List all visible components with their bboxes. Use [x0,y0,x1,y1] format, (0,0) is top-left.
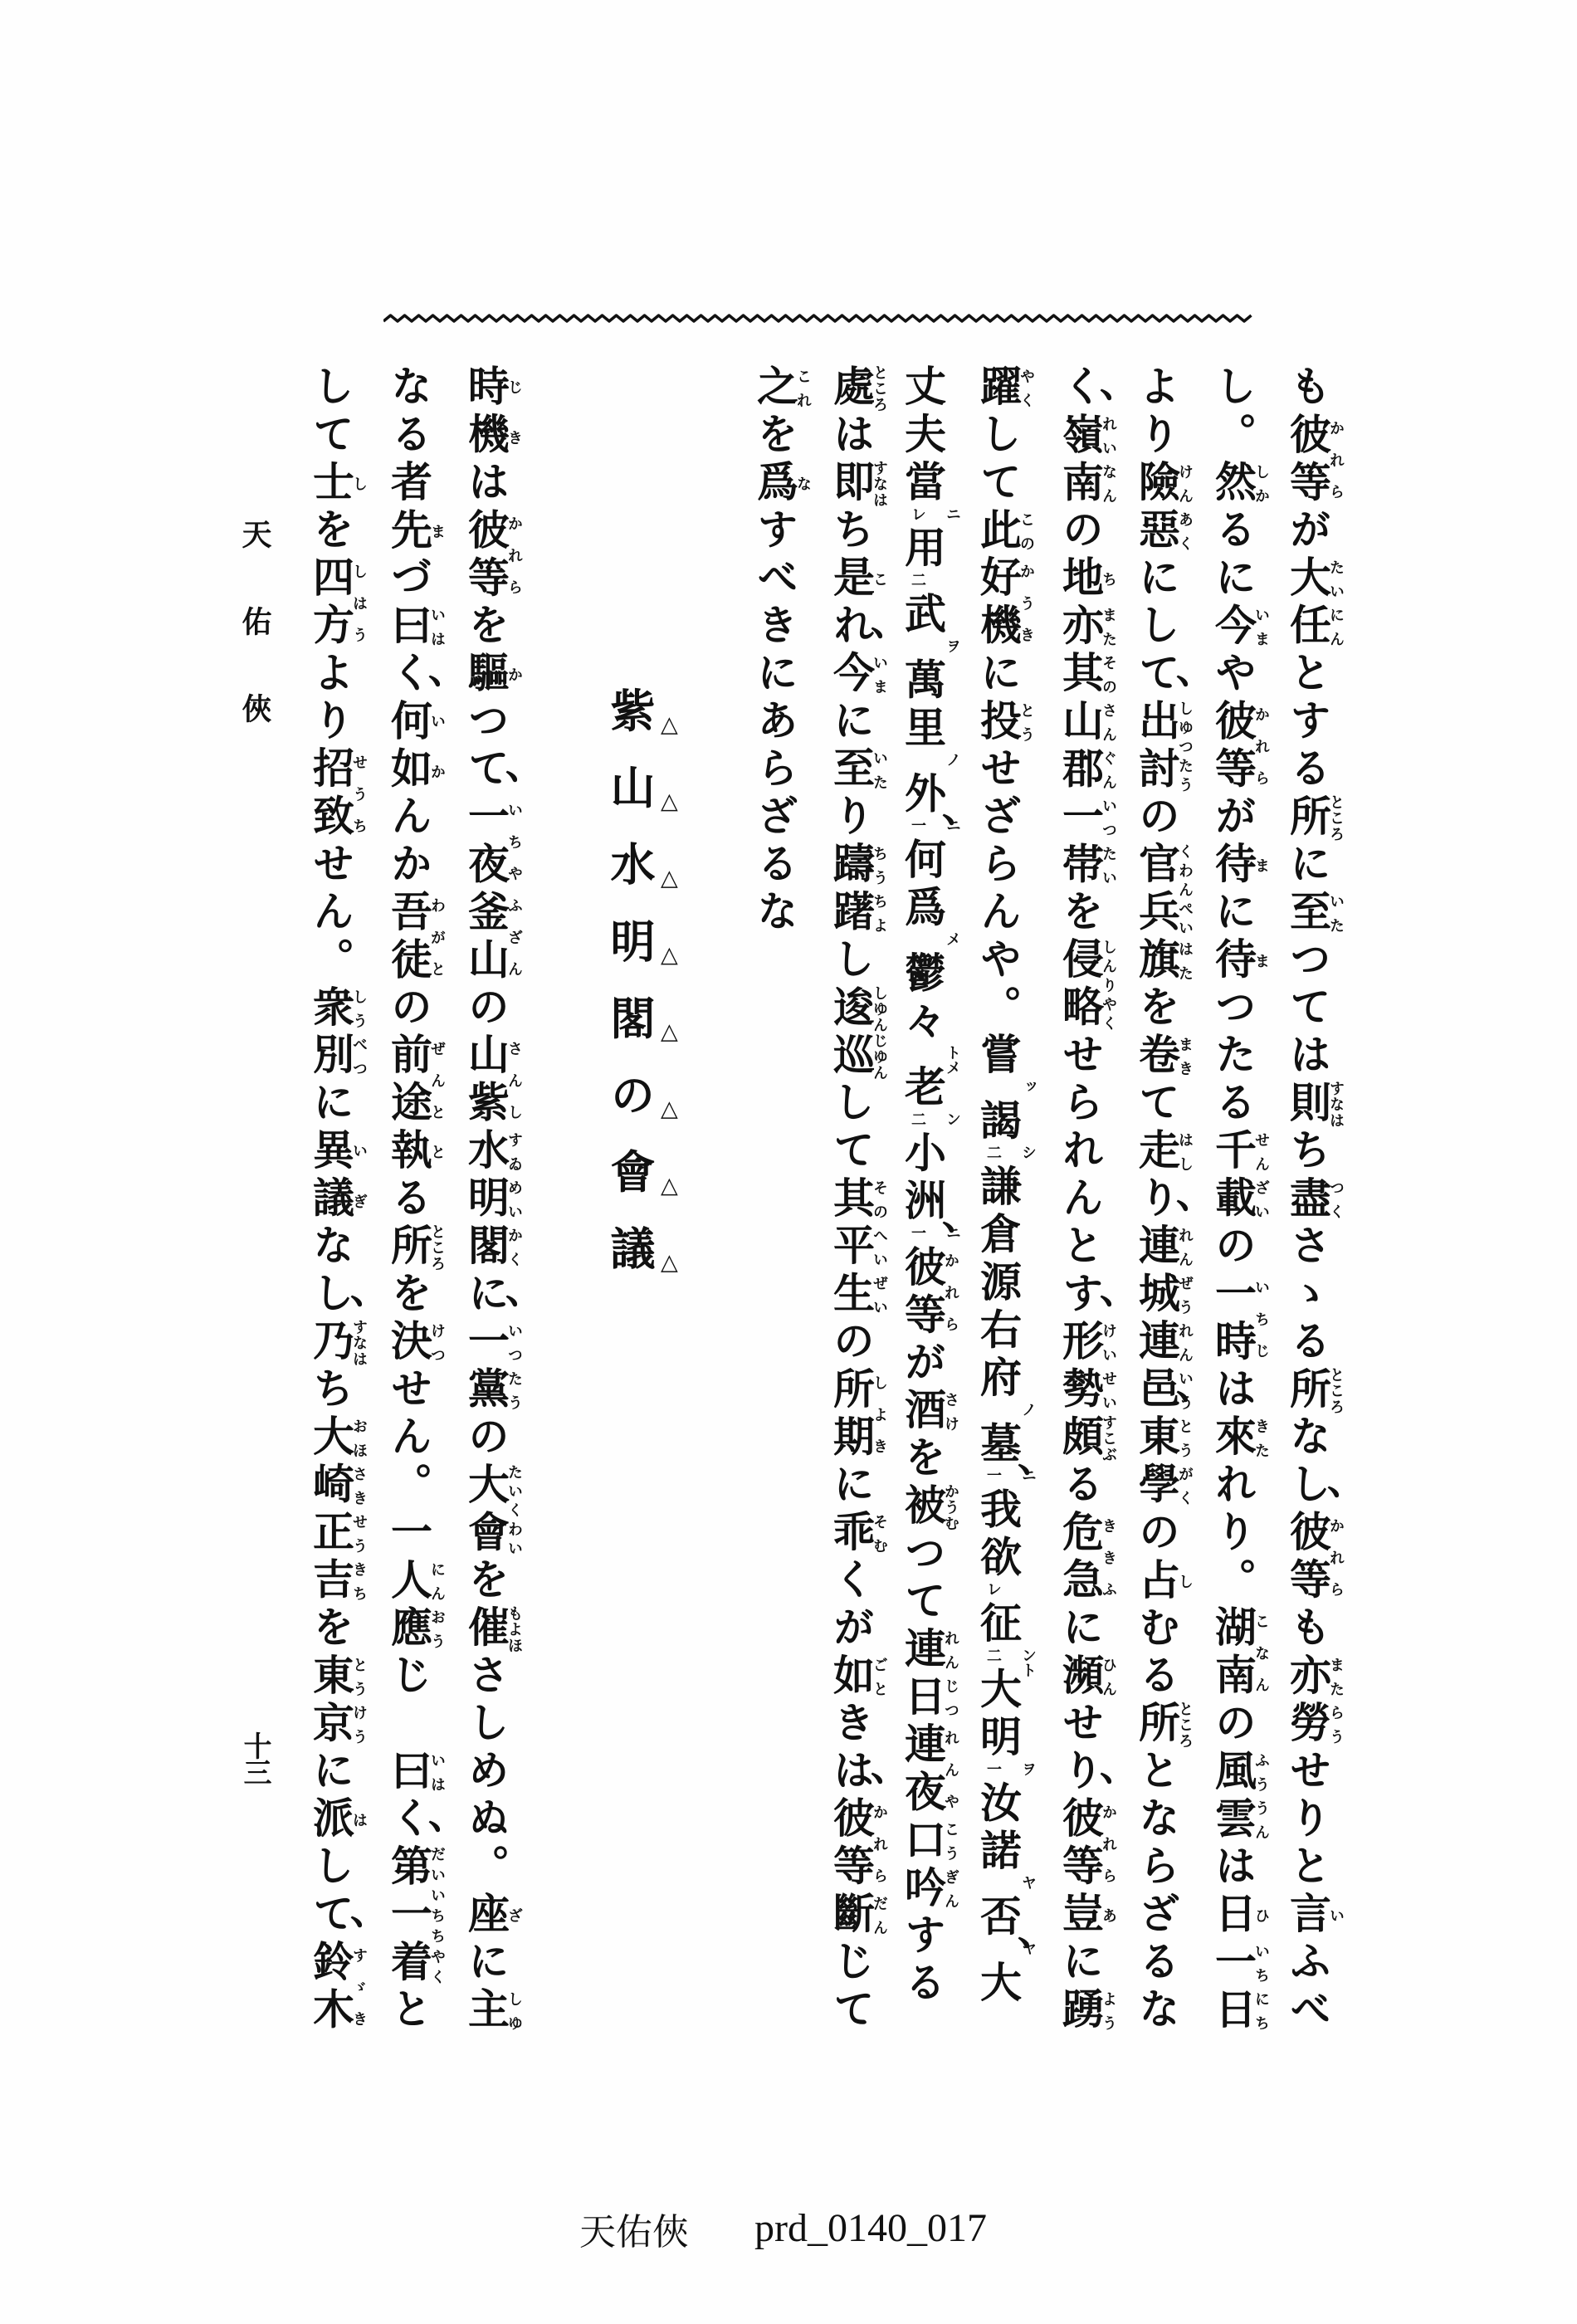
ruby-base: 大會 [461,1462,510,1558]
ruby-reading: すこぶ [1100,1414,1117,1462]
kanbun-okurigana: ノ [945,752,959,767]
ruby-word: 逡巡しゆんじゆん [827,985,876,1081]
text-run: くが [827,1558,876,1653]
ruby-word: 人にん [384,1558,433,1606]
ruby-word: 好機かうき [974,555,1023,651]
text-run: 丈夫當 [898,364,947,508]
kanbun-kaeriten: 二 [985,1145,1000,1160]
ruby-word: 亦また [1283,1653,1332,1701]
text-run: を [1132,985,1181,1033]
ruby-reading: な [794,460,812,508]
ruby-base: 所 [1283,794,1332,842]
ruby-base: 招致 [306,746,355,842]
ruby-word: 彼等かれら [1208,699,1257,794]
ruby-word: 酒さけ [898,1388,947,1436]
kanbun-okurigana: メ [945,931,959,946]
text-run: が [898,1340,947,1389]
ruby-reading: また [1100,603,1117,652]
ruby-word: 待ま [1208,937,1257,985]
ruby-word: 異議いぎ [306,1128,355,1223]
kanbun-okurigana: ニ [945,506,959,521]
ruby-reading: つく [1327,1176,1345,1224]
ruby-reading: ところ [428,1223,446,1272]
ruby-reading: とう [1018,699,1035,747]
ruby-base: 水明閣 [461,1128,510,1272]
ruby-reading: この [1018,508,1035,556]
ruby-word: 其その [827,1176,876,1224]
ruby-word: 釜山ふざん [461,890,510,985]
kanbun-marks: ッ [975,1081,1042,1099]
ruby-word: 卷まき [1132,1033,1181,1081]
ruby-word: 走はし [1132,1128,1181,1176]
ruby-base: 士 [306,460,355,508]
ruby-base: 豈 [1056,1892,1105,1940]
text-run: を [461,603,510,652]
kanbun-marks: ヲ一 [975,1763,1042,1781]
ruby-reading: ひ [1252,1892,1270,1940]
text-run: する [898,1913,947,2009]
ruby-base: 如 [827,1653,876,1701]
ruby-base: 彼等 [1283,413,1332,508]
wavy-line-icon [383,312,1255,325]
ruby-word: 躍やく [974,364,1023,413]
text-column-2: し。然しかるに今いまや彼等かれらが待まに待まつたる千載せんざいの一時いちじは來き… [1194,364,1272,2058]
ruby-reading: し [350,460,368,508]
text-run: せられんとす [1056,1033,1105,1319]
ruby-base: 之 [750,364,799,413]
text-run: し。 [1208,364,1257,460]
ruby-word: 地ち [1056,555,1105,603]
text-column-3: より險惡けんあくにして、出討しゆつたうの官兵くわんぺい旗はたを卷まきて走はしり、… [1117,364,1195,2058]
text-run: の [461,985,510,1033]
text-run: むる [1132,1605,1181,1701]
text-run: に [1056,1940,1105,1988]
ruby-base: 爲 [750,460,799,508]
ruby-base: 踴 [1056,1987,1105,2035]
ruby-reading: こ [871,555,888,603]
text-run: 萬里 [898,658,947,754]
kanbun-okurigana: ノ [1020,1402,1035,1417]
ruby-reading: ところ [1176,1701,1194,1749]
ruby-reading: れんや [942,1722,959,1818]
ruby-word: 是こ [827,555,876,603]
text-run: て [1132,1081,1181,1129]
ruby-base: 躊躇 [827,842,876,937]
kanbun-kaeriten: レ [985,1581,1000,1596]
text-column-10: なる者先まづ曰いはく、何如いかんか吾徒わがとの前途ぜんと執とる所ところを決けつせ… [369,364,447,2058]
ruby-reading: しゆんじゆん [871,985,888,1081]
ruby-word: 如ごと [827,1653,876,1701]
ruby-base: 人 [384,1558,433,1606]
ruby-base: 亦 [1283,1653,1332,1701]
text-run: とする [1283,651,1332,794]
text-run: つて [898,1531,947,1627]
kanbun-okurigana: ント [1020,1648,1035,1677]
ruby-reading: と [428,1128,446,1176]
ruby-reading: ふざん [505,890,523,985]
ruby-word: 危急ききふ [1056,1510,1105,1605]
text-run: づ [384,555,433,603]
text-column-11: して士しを四方しはうより招致せうちせん。衆しう別べつに異議いぎなし、乃すなはち大… [291,364,369,2058]
ruby-reading: しはう [350,555,368,651]
ruby-base: 好機 [974,555,1023,651]
ruby-word: 彼等かれら [1283,413,1332,508]
ruby-reading: さけ [942,1388,959,1436]
ruby-base: 連日 [898,1627,947,1722]
text-run: 武 [898,592,947,640]
text-run: の [1132,1510,1181,1558]
kanbun-okurigana: ヤ [1020,1875,1035,1890]
text-run: を [306,508,355,556]
ruby-word: 決けつ [384,1319,433,1367]
ruby-base: 其 [827,1176,876,1224]
ruby-base: 待 [1208,937,1257,985]
ruby-word: 水明閣すゐめいかく [461,1128,510,1272]
ruby-base: 盡 [1283,1176,1332,1224]
ruby-reading: あ [1100,1892,1117,1940]
ruby-base: 異議 [306,1128,355,1223]
kanbun-kaeriten: 一 [985,1761,1000,1776]
ruby-base: 吾徒 [384,890,433,985]
ruby-word: 來きた [1208,1414,1257,1462]
ruby-base: 即 [827,460,876,508]
ruby-reading: けつ [428,1319,446,1367]
text-run: を [384,1272,433,1320]
text-run: より [1132,364,1181,460]
ruby-word: 東京とうけう [306,1653,355,1749]
ruby-reading: はし [1176,1128,1194,1176]
ruby-word: 執と [384,1128,433,1176]
ruby-reading: おう [428,1605,446,1653]
ruby-reading: ふううん [1252,1749,1270,1844]
ruby-word: 爲な [750,460,799,508]
text-run: 征 [974,1601,1023,1649]
ruby-reading: とうけう [350,1653,368,1749]
ruby-word: 山紫さんし [461,1033,510,1128]
kanbun-marks: ント二 [975,1649,1042,1667]
ruby-word: 應おう [384,1605,433,1653]
kanbun-marks: ニレ [900,508,966,526]
ruby-base: 一帯 [1056,794,1105,890]
ruby-word: 第一着だいいちちやく [384,1844,433,1988]
text-run: は [1208,1367,1257,1415]
text-run: が [1208,794,1257,842]
ruby-base: 處 [827,364,876,413]
kanbun-marks: ヲ [900,640,966,658]
ruby-word: 派は [306,1796,355,1844]
text-run: せざらんや。 [974,746,1023,1033]
text-run: つたる [1208,985,1257,1129]
ruby-base: 所期 [827,1367,876,1462]
ruby-word: 頗すこぶ [1056,1414,1105,1462]
text-run: 大明 [974,1667,1023,1763]
text-run: に [306,1081,355,1129]
text-run: さしめぬ。 [461,1653,510,1892]
ruby-word: 至いた [827,746,876,794]
kanbun-kaeriten: 二 [985,1648,1000,1662]
ruby-word: 一時いちじ [1208,1272,1257,1367]
ruby-reading: これ [794,364,812,413]
ruby-reading: しゆ [505,1987,523,2035]
ruby-reading: せんざい [1252,1128,1270,1223]
ruby-reading: だいいちちやく [428,1844,446,1987]
ruby-word: 其その [1056,651,1105,699]
kanbun-marks: 二 [900,574,966,592]
text-run: の [827,1319,876,1367]
ruby-reading: らう [1327,1701,1345,1749]
ruby-base: 旗 [1132,937,1181,985]
text-run: の [461,1414,510,1462]
ruby-word: 險惡けんあく [1132,460,1181,555]
ruby-reading: こうぎん [942,1818,959,1913]
ruby-reading: ごと [871,1653,888,1701]
ruby-word: 之これ [750,364,799,413]
ruby-base: 時機 [461,364,510,460]
ruby-reading: いぎ [350,1128,368,1223]
ruby-reading: けんあく [1176,460,1194,555]
ruby-reading: いは [428,1749,446,1797]
ruby-word: 占し [1132,1558,1181,1606]
ruby-word: 亦また [1056,603,1105,652]
ruby-base: 此 [974,508,1023,556]
ruby-reading: ち [1100,555,1117,603]
ruby-reading: その [871,1176,888,1224]
ruby-base: 千載 [1208,1128,1257,1223]
ruby-base: 平生 [827,1223,876,1319]
kanbun-okurigana: シ [1020,1145,1035,1160]
ruby-base: 彼等 [461,508,510,603]
ruby-word: 別べつ [306,1033,355,1081]
ruby-reading: ちうちよ [871,842,888,937]
ruby-reading: にん [428,1558,446,1606]
text-run: に [1056,1605,1105,1653]
text-run: さゝる [1283,1223,1332,1367]
ruby-reading: ところ [1327,794,1345,842]
ruby-base: 官兵 [1132,842,1181,937]
ruby-word: 至いた [1283,890,1332,938]
text-run: を [461,1558,510,1606]
ruby-base: 待 [1208,842,1257,890]
text-run: は [1208,1844,1257,1892]
ruby-base: 走 [1132,1128,1181,1176]
ruby-base: 釜山 [461,890,510,985]
ruby-reading: いちにち [1252,1940,1270,2035]
text-run: れり。 [1208,1462,1257,1606]
ruby-reading: いた [1327,890,1345,938]
ruby-base: 侵略 [1056,937,1105,1033]
text-run: 謁 [974,1099,1023,1147]
ruby-base: 驅 [461,651,510,699]
ruby-base: 今 [1208,603,1257,652]
ruby-word: 連夜れんや [898,1722,947,1818]
ruby-word: 連日れんじつ [898,1627,947,1722]
ruby-reading: ま [1252,842,1270,890]
text-run: んか [384,794,433,890]
kanbun-marks: ン二 [900,1113,966,1131]
ruby-base: 一日 [1208,1940,1257,2035]
ruby-base: 瀕 [1056,1653,1105,1701]
ruby-word: 侵略しんりやく [1056,937,1105,1033]
ruby-base: 危急 [1056,1510,1105,1605]
ruby-reading: きた [1252,1414,1270,1462]
ruby-word: 勞らう [1283,1701,1332,1749]
ruby-word: 一日いちにち [1208,1940,1257,2035]
ruby-reading: ぜんと [428,1033,446,1128]
ruby-base: 乖 [827,1510,876,1558]
ruby-reading: は [350,1796,368,1844]
ruby-word: 待ま [1208,842,1257,890]
kanbun-okurigana: ヲ [945,638,959,653]
ruby-base: 風雲 [1208,1749,1257,1844]
ruby-word: 前途ぜんと [384,1033,433,1128]
text-run: の [1208,1701,1257,1749]
ruby-word: 先ま [384,508,433,556]
ruby-base: 彼等 [1208,699,1257,794]
ruby-reading: しよき [871,1367,888,1462]
text-run: は [461,460,510,508]
ruby-base: 曰 [384,1749,433,1797]
text-run: る [384,1176,433,1224]
text-run: と [384,1987,433,2035]
ruby-word: 斷だん [827,1892,876,1940]
ruby-reading: しか [1252,460,1270,508]
ruby-word: 處ところ [827,364,876,413]
ruby-base: 應 [384,1605,433,1653]
ruby-reading: いま [1252,603,1270,652]
text-run: 鬱々 [898,951,947,1047]
ruby-base: 卷 [1132,1033,1181,1081]
ruby-word: 大任たいにん [1283,555,1332,651]
kanbun-okurigana: ヲ [1020,1761,1035,1776]
ruby-word: 乖そむ [827,1510,876,1558]
ruby-reading: さんし [505,1033,523,1128]
footer-page-id: prd_0140_017 [754,2209,987,2248]
ruby-reading: かうむ [942,1483,959,1531]
ruby-word: 大崎おほさき [306,1414,355,1510]
text-run: に [461,1940,510,1988]
text-run: 小洲 [898,1131,947,1227]
ruby-reading: だん [871,1892,888,1940]
ruby-reading: かれら [505,508,523,603]
ruby-word: 衆しう [306,985,355,1033]
ruby-reading: さんぐん [1100,699,1117,794]
ruby-reading: せうち [350,746,368,842]
ruby-word: 風雲ふううん [1208,1749,1257,1844]
kanbun-marks: ノ [900,754,966,772]
ruby-base: 酒 [898,1388,947,1436]
ruby-word: 即すなは [827,460,876,508]
ruby-reading: れんじつ [942,1627,959,1722]
ruby-word: 招致せうち [306,746,355,842]
ruby-base: 斷 [827,1892,876,1940]
text-run: や [1208,651,1257,699]
ruby-reading: くわんぺい [1176,842,1194,937]
ruby-base: 頗 [1056,1414,1105,1462]
ruby-base: 湖南 [1208,1605,1257,1701]
ruby-word: 士し [306,460,355,508]
ruby-word: 投とう [974,699,1023,747]
ruby-reading: たいにん [1327,555,1345,651]
text-run: して [827,1081,876,1176]
ruby-word: 平生へいぜい [827,1223,876,1319]
text-run: じ [384,1653,433,1749]
text-run: を [750,413,799,461]
text-run: すべきにあらざるな [750,508,799,938]
kanbun-marks: シ二 [975,1146,1042,1164]
ruby-word: 彼等かれら [461,508,510,603]
text-run: は [827,413,876,461]
kanbun-marks: ノ [975,1404,1042,1422]
ruby-word: 驅か [461,651,510,699]
ruby-reading: そむ [871,1510,888,1558]
ruby-word: 旗はた [1132,937,1181,985]
ruby-word: 則すなは [1283,1081,1332,1129]
text-run: に [974,651,1023,699]
ruby-reading: すなは [1327,1081,1345,1129]
ruby-reading: かうき [1018,555,1035,651]
ruby-reading: また [1327,1653,1345,1701]
text-run: ふべ [1283,1940,1332,2035]
ruby-reading: べつ [350,1033,368,1081]
ruby-base: 至 [827,746,876,794]
ruby-base: 決 [384,1319,433,1367]
ruby-base: 躍 [974,364,1023,413]
ruby-reading: よう [1100,1987,1117,2035]
ruby-reading: ききふ [1100,1510,1117,1605]
ruby-base: 執 [384,1128,433,1176]
text-column-4: く、嶺南れいなんの地ち亦また其その山郡さんぐん一帯いつたいを侵略しんりやくせられ… [1041,364,1119,2058]
ruby-reading: すゐめいかく [505,1128,523,1272]
ruby-reading: いた [871,746,888,794]
text-run: を [1056,890,1105,938]
ruby-word: 所ところ [384,1223,433,1272]
ruby-word: 吾徒わがと [384,890,433,985]
text-run: し [827,937,876,985]
ruby-base: 第一着 [384,1844,433,1988]
ruby-base: 大任 [1283,555,1332,651]
ruby-base: 衆 [306,985,355,1033]
ruby-reading: やく [1018,364,1035,413]
ruby-reading: すなは [871,460,888,508]
text-run: より [306,651,355,746]
text-run: つては [1283,937,1332,1081]
ruby-reading: かれら [1252,699,1270,794]
ruby-base: 一時 [1208,1272,1257,1367]
ruby-word: 一帯いつたい [1056,794,1105,890]
text-run: なる者 [384,364,433,508]
ruby-word: 座ざ [461,1892,510,1940]
text-run: ち [306,1367,355,1415]
ruby-word: 被かうむ [898,1483,947,1531]
text-column-8: 之これを爲なすべきにあらざるな [735,364,813,2058]
ruby-base: 大崎 [306,1414,355,1510]
section-title: 紫山水明閣の會議 [583,687,682,1302]
text-run: して [974,413,1023,508]
text-run: る [1056,1462,1105,1511]
ruby-base: 投 [974,699,1023,747]
kanbun-marks: トメ [900,1047,966,1065]
ruby-base: 別 [306,1033,355,1081]
ruby-base: 所 [1132,1701,1181,1749]
running-head: 天佑俠 [225,519,285,780]
ruby-reading: こなん [1252,1605,1270,1701]
ruby-reading: まき [1176,1033,1194,1081]
text-run: 汝諾 [974,1781,1023,1877]
ruby-reading: ま [428,508,446,556]
ruby-word: 所ところ [1283,1367,1332,1415]
ruby-word: 躊躇ちうちよ [827,842,876,937]
ruby-word: 此この [974,508,1023,556]
